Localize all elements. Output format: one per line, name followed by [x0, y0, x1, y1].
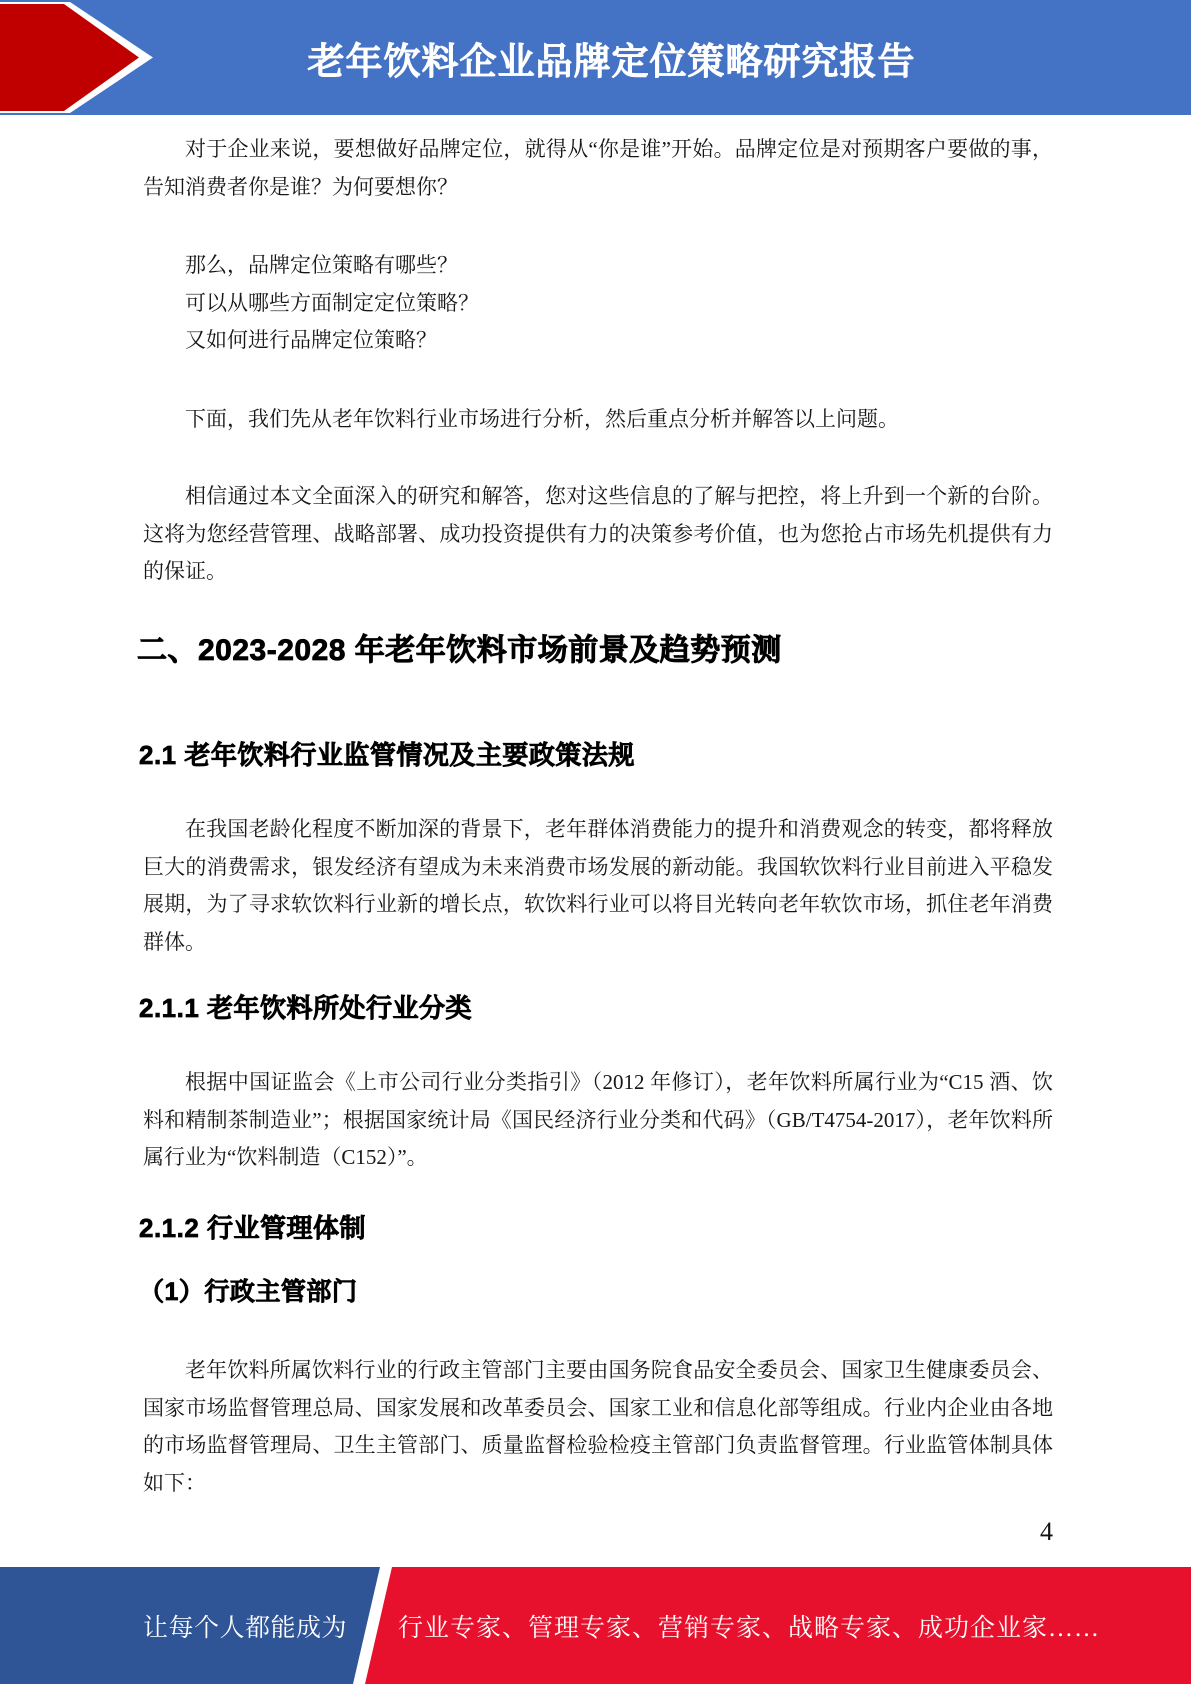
paragraph-value: 相信通过本文全面深入的研究和解答，您对这些信息的了解与把控，将上升到一个新的台阶…: [143, 478, 1053, 591]
footer-slogan-right: 行业专家、管理专家、营销专家、战略专家、成功企业家……: [398, 1567, 1158, 1684]
section-heading-2-1: 2.1 老年饮料行业监管情况及主要政策法规: [139, 737, 1089, 773]
question-line: 那么，品牌定位策略有哪些？: [143, 247, 1053, 285]
paragraph-questions: 那么，品牌定位策略有哪些？ 可以从哪些方面制定定位策略？ 又如何进行品牌定位策略…: [143, 247, 1053, 360]
subsection-heading-admin: （1）行政主管部门: [139, 1275, 1089, 1310]
header-banner: 老年饮料企业品牌定位策略研究报告: [0, 0, 1191, 115]
paragraph-intro: 对于企业来说，要想做好品牌定位，就得从“你是谁”开始。品牌定位是对预期客户要做的…: [143, 131, 1053, 206]
footer-banner: 让每个人都能成为 行业专家、管理专家、营销专家、战略专家、成功企业家……: [0, 1567, 1191, 1684]
section-heading-2-1-2: 2.1.2 行业管理体制: [139, 1210, 1089, 1246]
chapter-heading-2: 二、2023-2028 年老年饮料市场前景及趋势预测: [137, 630, 1087, 672]
paragraph-2-1-1: 根据中国证监会《上市公司行业分类指引》（2012 年修订），老年饮料所属行业为“…: [143, 1064, 1053, 1177]
section-heading-2-1-1: 2.1.1 老年饮料所处行业分类: [139, 990, 1089, 1026]
paragraph-2-1: 在我国老龄化程度不断加深的背景下，老年群体消费能力的提升和消费观念的转变，都将释…: [143, 811, 1053, 961]
footer-slogan-left: 让每个人都能成为: [0, 1567, 347, 1684]
report-title: 老年饮料企业品牌定位策略研究报告: [16, 0, 1191, 115]
paragraph-admin: 老年饮料所属饮料行业的行政主管部门主要由国务院食品安全委员会、国家卫生健康委员会…: [143, 1352, 1053, 1502]
question-line: 可以从哪些方面制定定位策略？: [143, 285, 1053, 323]
paragraph-transition: 下面，我们先从老年饮料行业市场进行分析，然后重点分析并解答以上问题。: [143, 401, 1053, 439]
question-line: 又如何进行品牌定位策略？: [143, 322, 1053, 360]
page-number: 4: [143, 1512, 1053, 1552]
report-page: 老年饮料企业品牌定位策略研究报告 对于企业来说，要想做好品牌定位，就得从“你是谁…: [0, 0, 1191, 1684]
